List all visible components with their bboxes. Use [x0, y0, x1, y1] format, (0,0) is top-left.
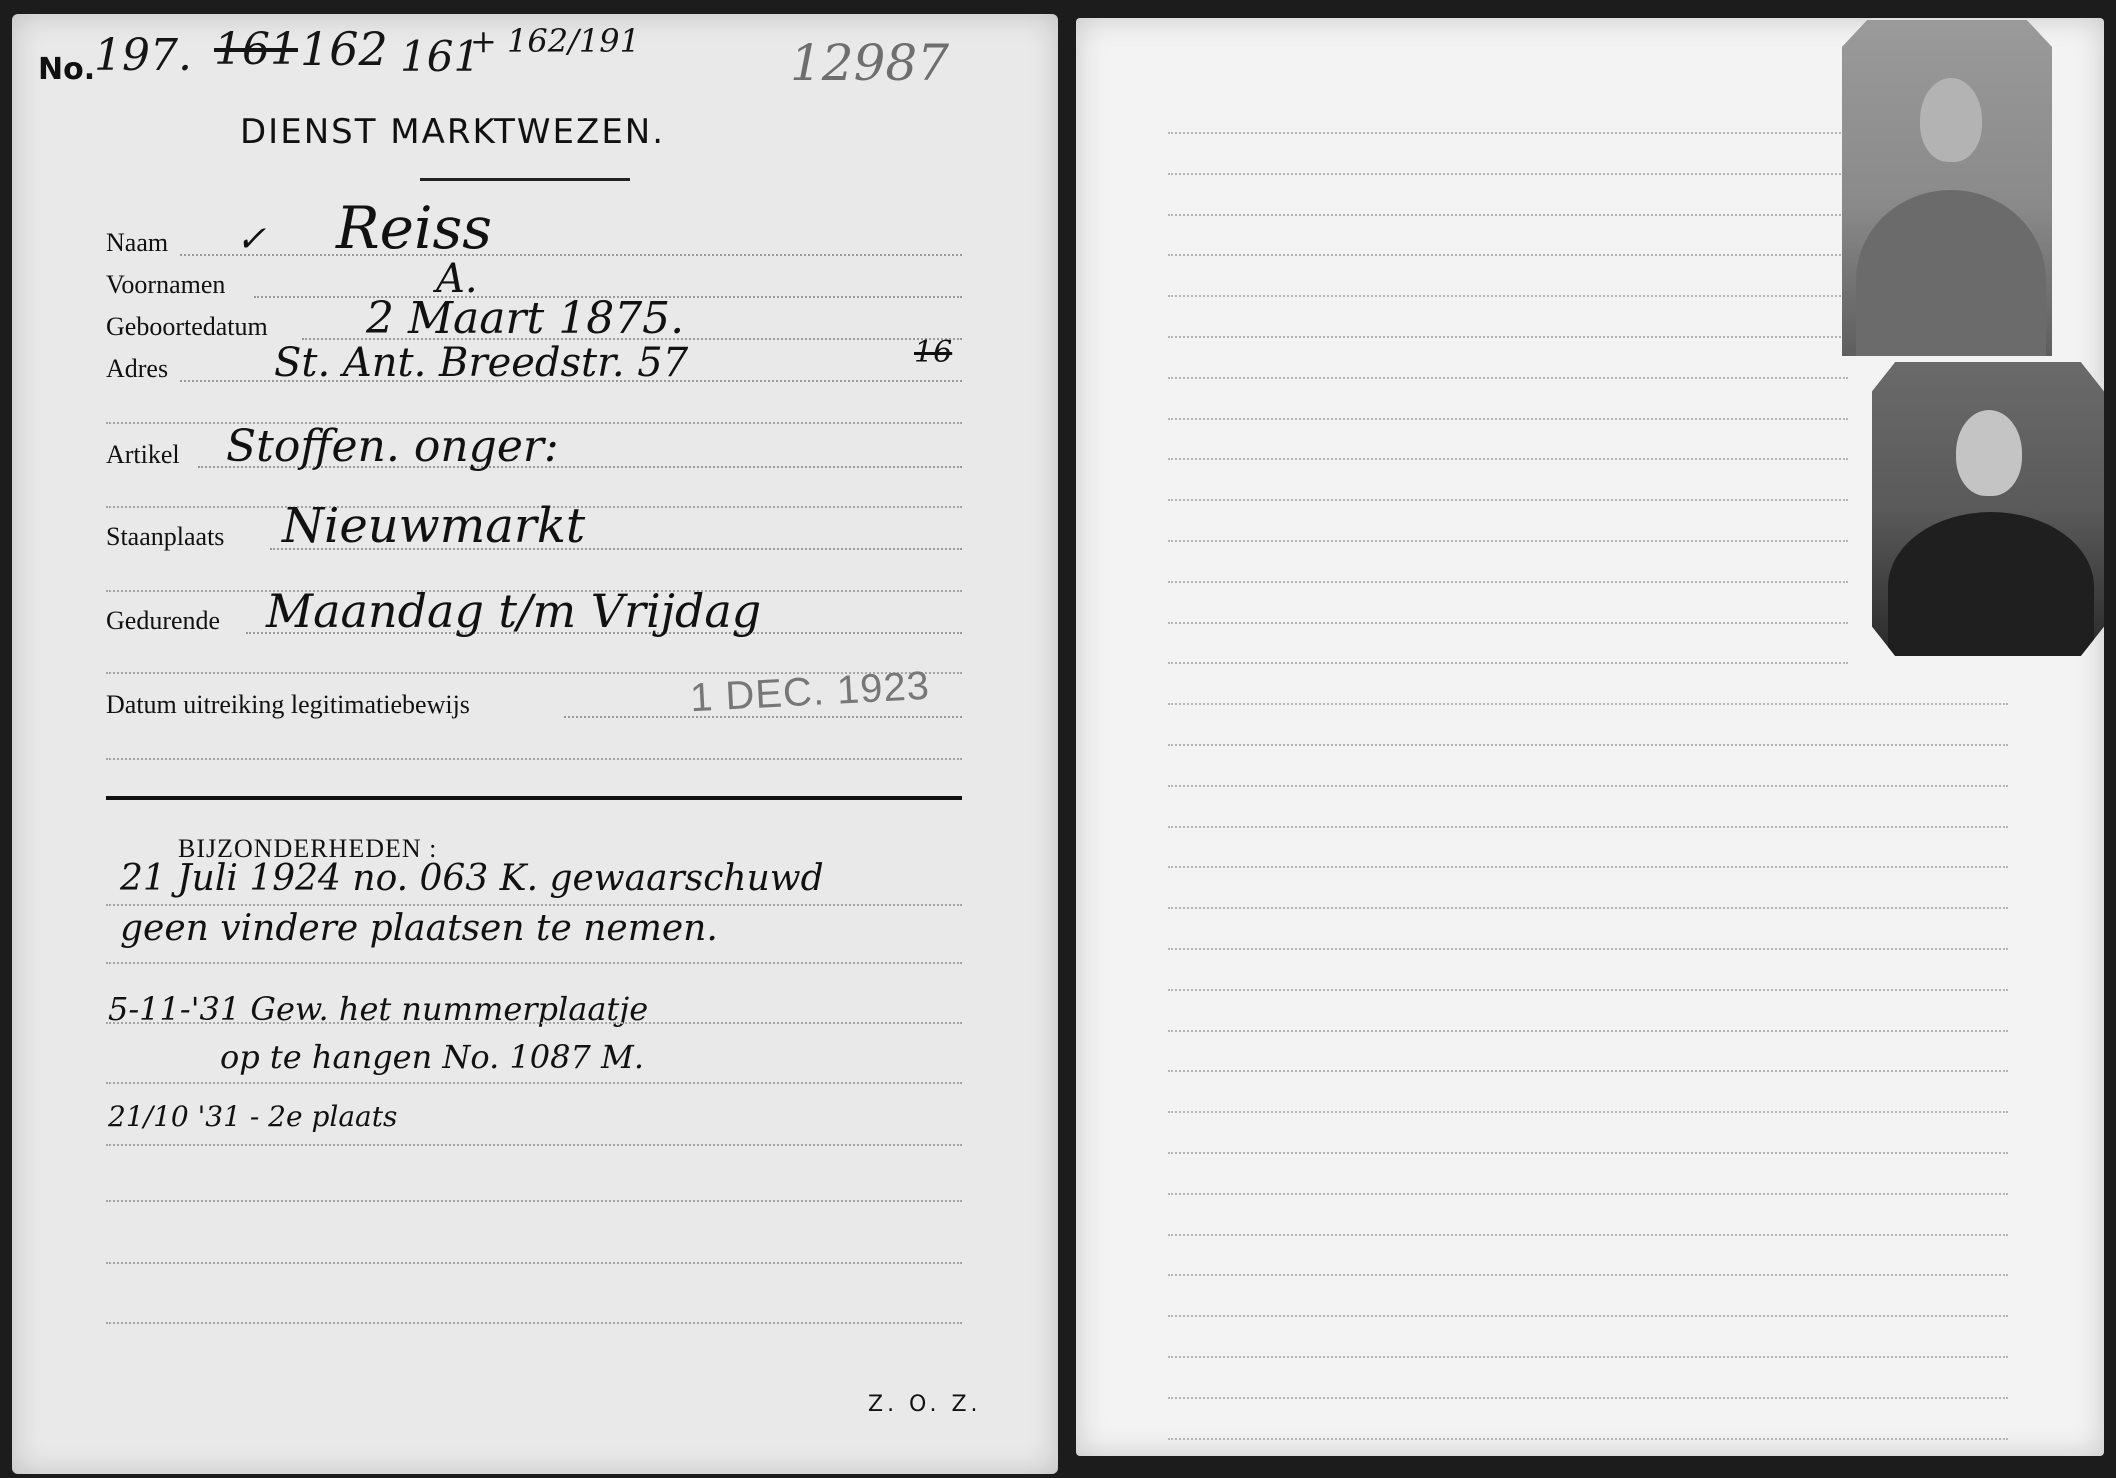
dotted-line	[1168, 499, 1848, 501]
field-gedurende: Gedurende Maandag t/m Vrijdag	[106, 600, 962, 640]
dotted-line	[106, 904, 962, 906]
dotted-line	[1168, 744, 2008, 746]
dotted-line	[1168, 1397, 2008, 1399]
dotted-line	[1168, 1274, 2008, 1276]
dotted-line	[1168, 1193, 2008, 1195]
dotted-line	[1168, 1070, 2008, 1072]
dotted-line	[1168, 377, 1848, 379]
field-value: St. Ant. Breedstr. 57	[274, 340, 688, 386]
field-label: Gedurende	[106, 606, 220, 636]
dotted-line	[1168, 622, 1848, 624]
dotted-line	[1168, 866, 2008, 868]
dotted-line	[1168, 173, 1848, 175]
field-label: Voornamen	[106, 270, 225, 300]
photo-head	[1920, 78, 1982, 162]
dotted-line	[1168, 1152, 2008, 1154]
dotted-line	[106, 1082, 962, 1084]
dotted-line	[1168, 785, 2008, 787]
dotted-line	[1168, 1315, 2008, 1317]
note-line: 21/10 '31 - 2e plaats	[108, 1100, 397, 1133]
field-adres: Adres St. Ant. Breedstr. 57 16	[106, 348, 962, 388]
handwritten-number-4: 161	[400, 32, 480, 81]
dotted-line	[1168, 907, 2008, 909]
dotted-line	[1168, 1111, 2008, 1113]
field-label: Naam	[106, 228, 168, 258]
dotted-line	[180, 254, 962, 256]
portrait-woman-photo	[1872, 362, 2104, 656]
field-label: Adres	[106, 354, 168, 384]
dotted-line	[1168, 540, 1848, 542]
field-staanplaats: Staanplaats Nieuwmarkt	[106, 516, 962, 556]
photo-head	[1956, 410, 2022, 496]
dotted-line	[1168, 581, 1848, 583]
dotted-line	[106, 1144, 962, 1146]
dotted-line	[1168, 418, 1848, 420]
handwritten-number-1: 197.	[94, 30, 192, 81]
photo-body	[1888, 512, 2094, 656]
dotted-line	[1168, 1438, 2008, 1440]
note-line: 21 Juli 1924 no. 063 K. gewaarschuwd	[120, 858, 824, 899]
dotted-line	[1168, 254, 1848, 256]
section-rule	[106, 796, 962, 800]
card-title: DIENST MARKTWEZEN.	[240, 112, 665, 152]
struck-value: 16	[914, 335, 952, 370]
dotted-line	[1168, 336, 1848, 338]
dotted-line	[1168, 214, 1848, 216]
dotted-line	[106, 962, 962, 964]
field-value: Maandag t/m Vrijdag	[266, 584, 761, 638]
field-value: Nieuwmarkt	[282, 498, 585, 554]
dotted-line	[1168, 826, 2008, 828]
dotted-line	[1168, 1030, 2008, 1032]
field-label: Geboortedatum	[106, 312, 268, 342]
field-label: Artikel	[106, 440, 180, 470]
field-label: Staanplaats	[106, 522, 224, 552]
field-value: Reiss	[336, 194, 492, 262]
handwritten-number-5: + 162/191	[470, 22, 640, 60]
field-artikel: Artikel Stoffen. onger:	[106, 434, 962, 474]
note-line: geen vindere plaatsen te nemen.	[120, 908, 718, 949]
handwritten-number-3: 162	[300, 22, 388, 76]
note-line: op te hangen No. 1087 M.	[220, 1038, 644, 1076]
field-value: 2 Maart 1875.	[366, 293, 684, 344]
dotted-line	[1168, 703, 2008, 705]
archive-number: 12987	[790, 34, 949, 92]
reverse-side-note: Z. O. Z.	[868, 1392, 982, 1417]
dotted-line	[1168, 458, 1848, 460]
field-label: Datum uitreiking legitimatiebewijs	[106, 690, 470, 720]
title-rule	[420, 178, 630, 181]
dotted-line	[106, 1262, 962, 1264]
portrait-man-photo	[1842, 20, 2052, 356]
dotted-line	[1168, 295, 1848, 297]
field-value: Stoffen. onger:	[226, 421, 559, 472]
number-label: No.	[38, 52, 95, 87]
photo-body	[1856, 190, 2046, 356]
dotted-line	[1168, 662, 1848, 664]
handwritten-number-2: 161	[214, 24, 298, 75]
dotted-line	[1168, 1356, 2008, 1358]
dotted-line	[106, 1322, 962, 1324]
dotted-line	[106, 758, 962, 760]
field-naam: Naam ✓ Reiss	[106, 222, 962, 262]
dotted-line	[1168, 989, 2008, 991]
dotted-line	[106, 1022, 962, 1024]
dotted-line	[106, 1200, 962, 1202]
dotted-line	[1168, 132, 1848, 134]
dotted-line	[1168, 948, 2008, 950]
dotted-line	[1168, 1234, 2008, 1236]
